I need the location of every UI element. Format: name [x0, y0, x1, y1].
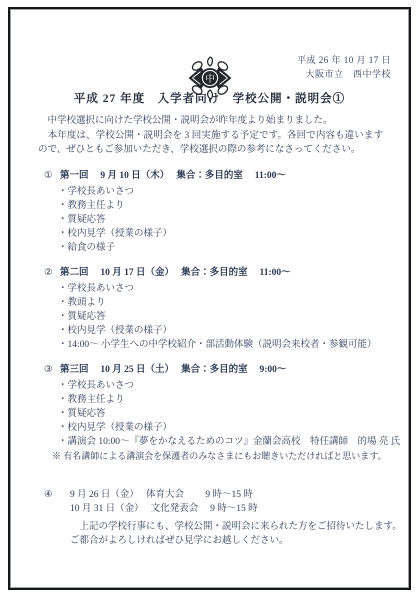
- crest-center-glyph: 中: [205, 73, 215, 85]
- session-3: ③第三回 10 月 25 日（土） 集合：多目的室 9:00～ 学校長あいさつ …: [44, 363, 389, 463]
- bullet-item: 学校長あいさつ: [58, 185, 389, 199]
- bullet-item: 学校長あいさつ: [58, 379, 389, 393]
- session-1-heading: ①第一回 9 月 10 日（木） 集合：多目的室 11:00～: [44, 169, 389, 184]
- session-2-number: ②: [44, 266, 60, 281]
- intro-paragraphs: 中学校選択に向けた学校公開・説明会が昨年度より始まりました。 本年度は、学校公開…: [38, 114, 383, 158]
- bullet-item: 14:00～ 小学生への中学校紹介・部活動体験（説明会来校者・参観可能）: [58, 338, 389, 352]
- bullet-item: 校内見学（授業の様子）: [58, 227, 389, 241]
- session-3-note: ※ 有名講師による講演会を保護者のみなさまにもお聴きいただければと思います。: [52, 450, 389, 463]
- intro-paragraph: 本年度は、学校公開・説明会を 3 回実施する予定です。各回で内容も違いますので、…: [38, 129, 383, 158]
- bullet-item: 校内見学（授業の様子）: [58, 421, 389, 435]
- events-lines: 9 月 26 日（金） 体育大会 9 時～15 時 10 月 31 日（金） 文…: [70, 488, 258, 517]
- session-1-bullets: 学校長あいさつ 教務主任より 質疑応答 校内見学（授業の様子） 給食の様子: [58, 185, 389, 255]
- document-page: 中 平成 26 年 10 月 17 日 大阪市立 西中学校 平成 27 年度 入…: [0, 0, 420, 598]
- session-1-title: 第一回 9 月 10 日（木） 集合：多目的室 11:00～: [60, 171, 286, 181]
- page-content: 中 平成 26 年 10 月 17 日 大阪市立 西中学校 平成 27 年度 入…: [12, 11, 407, 586]
- bullet-item: 学校長あいさつ: [58, 282, 389, 296]
- bullet-item: 教頭より: [58, 296, 389, 310]
- session-3-title: 第三回 10 月 25 日（土） 集合：多目的室 9:00～: [60, 365, 286, 375]
- events-number: ④: [44, 488, 70, 517]
- session-1-number: ①: [44, 169, 60, 184]
- event-item: 9 月 26 日（金） 体育大会 9 時～15 時: [70, 488, 258, 503]
- school-events-rows: ④ 9 月 26 日（金） 体育大会 9 時～15 時 10 月 31 日（金）…: [44, 488, 389, 517]
- bullet-item: 給食の様子: [58, 241, 389, 255]
- session-3-number: ③: [44, 363, 60, 378]
- session-3-heading: ③第三回 10 月 25 日（土） 集合：多目的室 9:00～: [44, 363, 389, 378]
- bullet-item: 質疑応答: [58, 407, 389, 421]
- school-events-section: ④ 9 月 26 日（金） 体育大会 9 時～15 時 10 月 31 日（金）…: [44, 488, 389, 549]
- bullet-item: 質疑応答: [58, 213, 389, 227]
- session-2-title: 第二回 10 月 17 日（金） 集合：多目的室 11:00～: [60, 268, 291, 278]
- bullet-item: 講演会 10:00～『夢をかなえるためのコツ』金蘭会高校 特任講師 的場 亮 氏: [58, 435, 389, 449]
- session-2-bullets: 学校長あいさつ 教頭より 質疑応答 校内見学（授業の様子） 14:00～ 小学生…: [58, 282, 389, 352]
- bullet-item: 教務主任より: [58, 393, 389, 407]
- bullet-item: 質疑応答: [58, 310, 389, 324]
- events-note: ご都合がよろしければぜひ見学にお越しください。: [70, 534, 389, 549]
- events-notes: 上記の学校行事にも、学校公開・説明会に来られた方をご招待いたします。 ご都合がよ…: [70, 520, 389, 549]
- school-crest-icon: 中: [186, 55, 234, 101]
- session-1: ①第一回 9 月 10 日（木） 集合：多目的室 11:00～ 学校長あいさつ …: [44, 169, 389, 255]
- session-2: ②第二回 10 月 17 日（金） 集合：多目的室 11:00～ 学校長あいさつ…: [44, 266, 389, 352]
- intro-paragraph: 中学校選択に向けた学校公開・説明会が昨年度より始まりました。: [38, 114, 383, 129]
- event-item: 10 月 31 日（金） 文化発表会 9 時～15 時: [70, 502, 258, 517]
- events-note: 上記の学校行事にも、学校公開・説明会に来られた方をご招待いたします。: [70, 520, 389, 535]
- bullet-item: 教務主任より: [58, 199, 389, 213]
- bullet-item: 校内見学（授業の様子）: [58, 324, 389, 338]
- session-2-heading: ②第二回 10 月 17 日（金） 集合：多目的室 11:00～: [44, 266, 389, 281]
- session-3-bullets: 学校長あいさつ 教務主任より 質疑応答 校内見学（授業の様子） 講演会 10:0…: [58, 379, 389, 449]
